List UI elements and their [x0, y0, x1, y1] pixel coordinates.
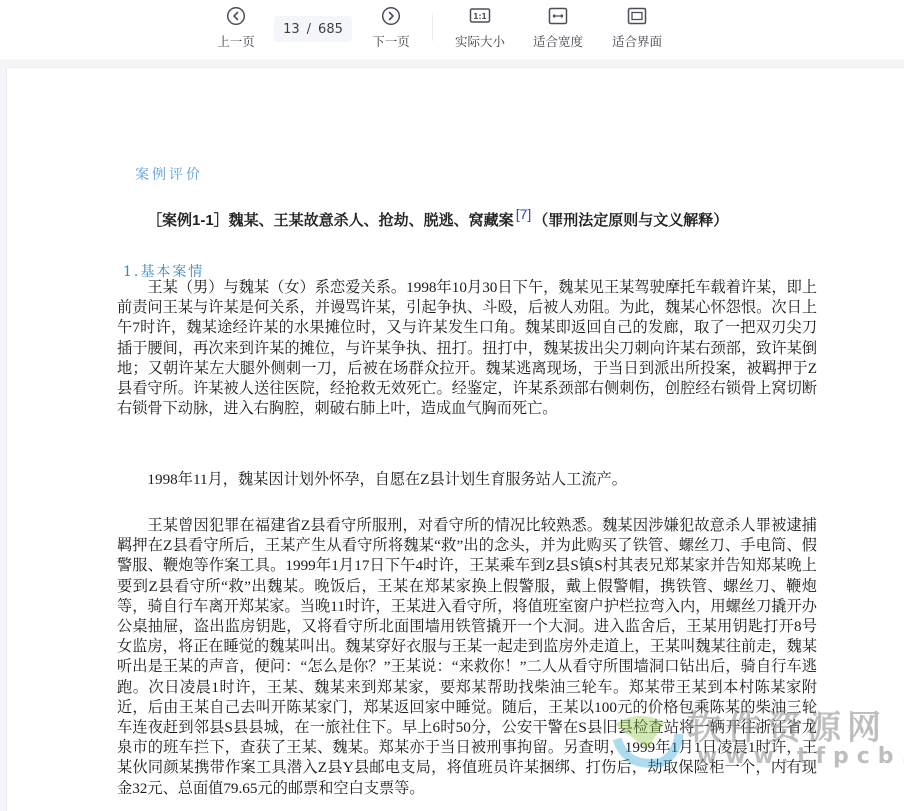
fit-page-button[interactable]: 适合界面	[609, 6, 665, 52]
case-subtitle: （罪刑法定原则与文义解释）	[533, 212, 728, 229]
document-viewer[interactable]: 案例评价 ［案例1-1］魏某、王某故意杀人、抢劫、脱逃、窝藏案[7]（罪刑法定原…	[0, 59, 904, 811]
next-page-button[interactable]: 下一页	[369, 6, 413, 52]
prev-page-label: 上一页	[217, 32, 255, 50]
fit-width-label: 适合宽度	[533, 32, 583, 50]
fit-page-label: 适合界面	[612, 32, 662, 50]
one-to-one-icon: 1:1	[469, 6, 491, 26]
case-title-text: ［案例1-1］魏某、王某故意杀人、抢劫、脱逃、窝藏案	[147, 212, 514, 229]
total-pages: 685	[318, 22, 343, 37]
next-page-label: 下一页	[372, 32, 410, 50]
document-page: 案例评价 ［案例1-1］魏某、王某故意杀人、抢劫、脱逃、窝藏案[7]（罪刑法定原…	[6, 67, 904, 811]
fit-width-button[interactable]: 适合宽度	[530, 6, 586, 52]
fit-page-icon	[627, 6, 647, 26]
page-separator: /	[307, 22, 311, 37]
page-indicator[interactable]: 13 / 685	[274, 16, 352, 42]
prev-page-button[interactable]: 上一页	[214, 6, 258, 52]
chevron-right-circle-icon	[381, 6, 401, 26]
case-title: ［案例1-1］魏某、王某故意杀人、抢劫、脱逃、窝藏案[7]（罪刑法定原则与文义解…	[147, 206, 728, 230]
paragraph-1: 王某（男）与魏某（女）系恋爱关系。1998年10月30日下午，魏某见王某驾驶摩托…	[117, 278, 817, 419]
toolbar-divider	[432, 13, 433, 41]
viewer-toolbar: 上一页 13 / 685 下一页 1:1 实际大小 适合宽度 适合界面	[0, 0, 904, 59]
current-page-input[interactable]: 13	[283, 22, 300, 37]
footnote-link[interactable]: [7]	[516, 206, 532, 222]
paragraph-3: 王某曾因犯罪在福建省Z县看守所服刑，对看守所的情况比较熟悉。魏某因涉嫌犯故意杀人…	[117, 516, 817, 799]
chevron-left-circle-icon	[226, 6, 246, 26]
actual-size-label: 实际大小	[455, 32, 505, 50]
paragraph-2: 1998年11月，魏某因计划外怀孕，自愿在Z县计划生育服务站人工流产。	[117, 470, 817, 490]
actual-size-button[interactable]: 1:1 实际大小	[452, 6, 508, 52]
fit-width-icon	[548, 6, 568, 26]
svg-text:1:1: 1:1	[473, 12, 486, 21]
section-label: 案例评价	[135, 164, 203, 184]
